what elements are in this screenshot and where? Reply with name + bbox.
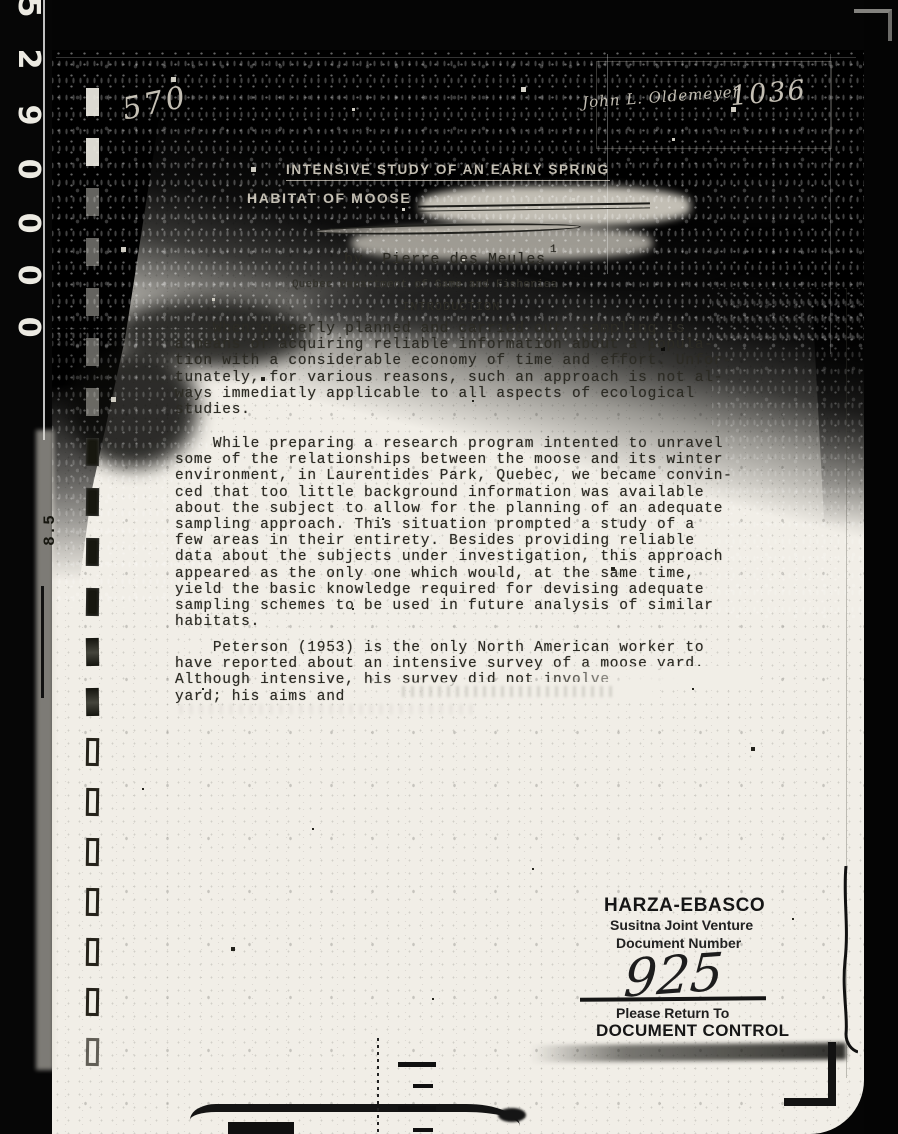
scanned-document-frame: INTENSIVE STUDY OF AN EARLY SPRING HABIT… [0,0,898,1134]
film-border-right [864,0,898,1134]
binding-hole [86,938,99,966]
film-frame-number-digit: 2 [10,40,48,78]
film-frame-number-digit: 5 [10,0,48,26]
film-frame-number-digit: 0 [10,308,48,346]
binding-hole [86,1038,99,1066]
film-side-rule [41,586,44,698]
faded-text-remnant [180,704,480,714]
film-frame-number-digit: 9 [10,96,48,134]
sheet-edge-blob [498,1108,526,1122]
page-bottom-smear [530,1043,846,1063]
binding-hole [86,138,99,166]
byline-footnote-superscript: 1 [550,244,557,256]
binding-hole [86,388,99,416]
binding-hole [86,688,99,716]
section-heading: INTRODUCTION [402,300,500,314]
binding-hole [86,588,99,616]
scan-blob [672,184,832,224]
binding-hole [86,638,99,666]
film-side-label: 8.5 [18,518,82,542]
binding-hole [86,238,99,266]
ruler-dotted-line [377,1038,379,1134]
stamp-venture: Susitna Joint Venture [610,917,753,933]
binding-hole [86,488,99,516]
ruler-dash [398,1062,436,1067]
binding-hole [86,338,99,366]
stamp-document-control: DOCUMENT CONTROL [596,1021,789,1041]
binding-hole [86,988,99,1016]
faded-text-remnant [402,686,612,697]
stamp-organization: HARZA-EBASCO [604,895,765,917]
film-frame-number-digit: 0 [10,204,48,242]
title-line-2: HABITAT OF MOOSE [247,190,411,206]
binding-hole [86,888,99,916]
page-top-edge-line [56,57,856,58]
binding-hole [86,838,99,866]
frame-bracket-horizontal [784,1098,836,1106]
film-frame-number-digit: 0 [10,256,48,294]
film-border-top [0,0,898,50]
binding-hole [86,188,99,216]
binding-hole [86,288,99,316]
ruler-dash [413,1084,433,1088]
byline: by Pierre des Meules [344,251,546,268]
binding-hole [86,538,99,566]
handwritten-number-570: 570 [119,79,191,127]
page-edge-squiggle-line [838,866,858,1056]
frame-bracket-vertical [828,1042,836,1106]
film-frame-number-digit: 0 [10,150,48,188]
binding-hole [86,88,99,116]
stamp-signature-line [580,996,766,1002]
binding-hole [86,788,99,816]
affiliation: Quebec Department of Game and Fisheries [292,279,557,291]
title-line-1: INTENSIVE STUDY OF AN EARLY SPRING [286,162,610,181]
paragraph-2: While preparing a research program inten… [175,436,750,630]
ruler-dash [398,1106,436,1111]
paragraph-1: When properly planned and carried out, s… [175,321,750,418]
document-page: INTENSIVE STUDY OF AN EARLY SPRING HABIT… [52,48,864,1134]
film-frame-corner [854,9,892,41]
binding-hole [86,738,99,766]
ruler-dash [413,1128,433,1132]
stamp-return-line: Please Return To [616,1005,729,1021]
binding-hole [86,438,99,466]
sheet-edge-black-tab [228,1122,294,1134]
